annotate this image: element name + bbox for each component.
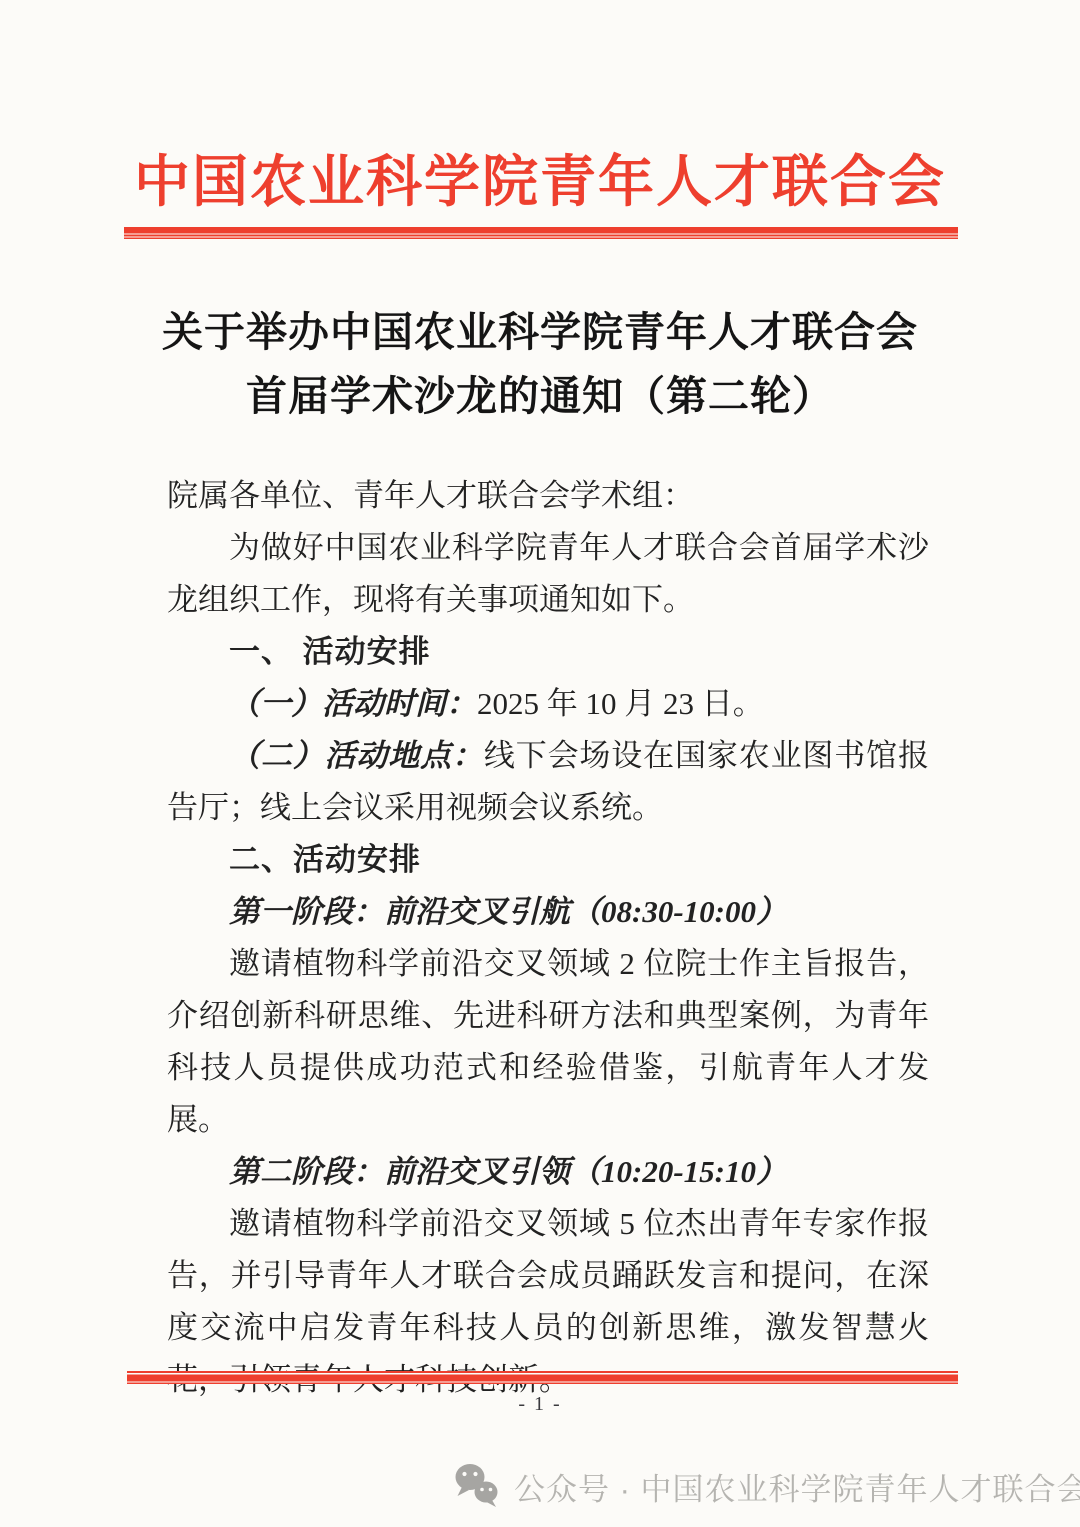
section-2-heading: 二、活动安排	[167, 834, 929, 886]
phase-1-paragraph: 邀请植物科学前沿交叉领域 2 位院士作主旨报告，介绍创新科研思维、先进科研方法和…	[167, 938, 929, 1146]
letterhead-title: 中国农业科学院青年人才联合会	[0, 138, 1080, 218]
document-page: 中国农业科学院青年人才联合会 关于举办中国农业科学院青年人才联合会 首届学术沙龙…	[0, 0, 1080, 1527]
salutation-line: 院属各单位、青年人才联合会学术组：	[167, 470, 929, 522]
section-1-heading: 一、 活动安排	[167, 626, 929, 678]
phase-2-heading: 第二阶段：前沿交叉引领（10:20-15:10）	[167, 1146, 929, 1198]
footer-divider-line	[127, 1371, 958, 1384]
intro-paragraph: 为做好中国农业科学院青年人才联合会首届学术沙龙组织工作，现将有关事项通知如下。	[167, 522, 929, 626]
wechat-account-label: 公众号 · 中国农业科学院青年人才联合会	[514, 1464, 1080, 1509]
activity-time-label: （一）活动时间：	[229, 686, 477, 721]
wechat-icon	[452, 1461, 502, 1511]
document-body: 院属各单位、青年人才联合会学术组： 为做好中国农业科学院青年人才联合会首届学术沙…	[167, 470, 929, 1406]
document-title-line2: 首届学术沙龙的通知（第二轮）	[0, 364, 1080, 428]
activity-time-item: （一）活动时间：2025 年 10 月 23 日。	[167, 678, 929, 730]
page-number: - 1 -	[0, 1393, 1080, 1416]
activity-venue-label: （二）活动地点：	[229, 738, 484, 773]
activity-venue-item: （二）活动地点：线下会场设在国家农业图书馆报告厅；线上会议采用视频会议系统。	[167, 730, 929, 834]
document-title: 关于举办中国农业科学院青年人才联合会 首届学术沙龙的通知（第二轮）	[0, 300, 1080, 428]
phase-1-heading: 第一阶段：前沿交叉引航（08:30-10:00）	[167, 886, 929, 938]
document-title-line1: 关于举办中国农业科学院青年人才联合会	[0, 300, 1080, 364]
wechat-footer: 公众号 · 中国农业科学院青年人才联合会	[452, 1461, 1080, 1511]
letterhead-divider-line	[124, 227, 958, 239]
activity-time-value: 2025 年 10 月 23 日。	[477, 686, 764, 721]
